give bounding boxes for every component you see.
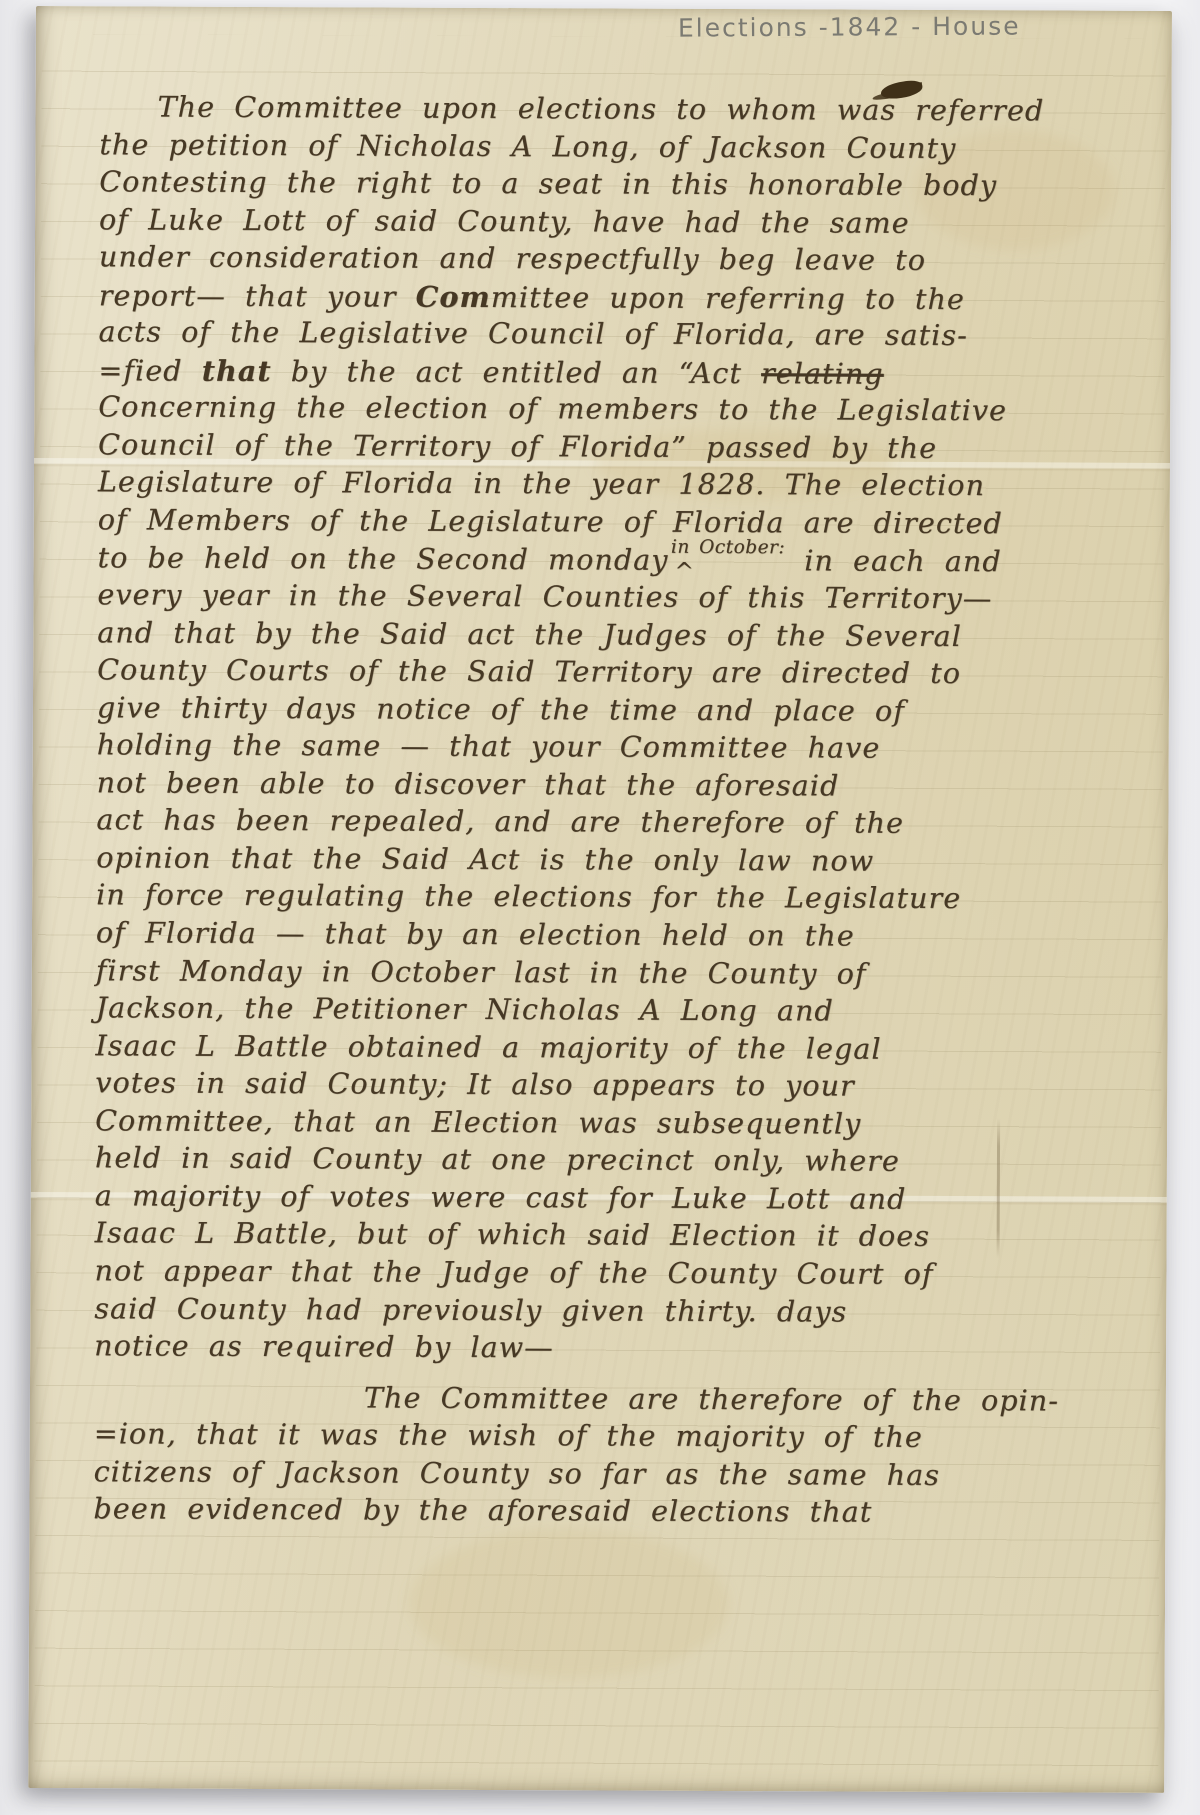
document-page: Elections -1842 - House The Committee up…	[28, 6, 1172, 1793]
manuscript-line: Concerning the election of members to th…	[98, 389, 1152, 431]
manuscript-line: votes in said County; It also appears to…	[95, 1064, 1149, 1106]
manuscript-line: Contesting the right to a seat in this h…	[99, 163, 1153, 205]
manuscript-line: under consideration and respectfully beg…	[99, 238, 1153, 280]
manuscript-segment: by the act entitled an “Act	[272, 355, 762, 390]
manuscript-line: the petition of Nicholas A Long, of Jack…	[99, 126, 1153, 168]
manuscript-line: opinion that the Said Act is the only la…	[96, 839, 1150, 881]
manuscript-line: holding the same — that your Committee h…	[97, 727, 1151, 769]
manuscript-line: every year in the Several Counties of th…	[97, 576, 1151, 618]
scanned-document: Elections -1842 - House The Committee up…	[0, 0, 1200, 1815]
manuscript-segment: =fied	[98, 354, 201, 387]
manuscript-line: held in said County at one precinct only…	[95, 1140, 1149, 1182]
manuscript-line: of Members of the Legislature of Florida…	[98, 501, 1152, 543]
scan-background: { "colors": { "background": "#f3f3f5", "…	[0, 0, 1200, 1815]
manuscript-line: Isaac L Battle, but of which said Electi…	[95, 1215, 1149, 1257]
manuscript-segment-bold: Com	[416, 279, 491, 313]
manuscript-segment: mittee upon referring to the	[491, 281, 965, 316]
manuscript-line: report— that your Committee upon referri…	[99, 276, 1153, 318]
manuscript-line: The Committee are therefore of the opin-	[94, 1378, 1148, 1420]
manuscript-line: =ion, that it was the wish of the majori…	[94, 1415, 1148, 1457]
manuscript-line: Legislature of Florida in the year 1828.…	[98, 464, 1152, 506]
manuscript-line: and that by the Said act the Judges of t…	[97, 614, 1151, 656]
paper-stain	[409, 1528, 730, 1679]
manuscript-segment-bold: that	[202, 354, 272, 388]
pencil-annotation: Elections -1842 - House	[678, 12, 1021, 43]
manuscript-segment: in each and	[785, 544, 1002, 578]
manuscript-line: notice as required by law—	[94, 1327, 1148, 1369]
manuscript-text: The Committee upon elections to whom was…	[93, 88, 1153, 1532]
manuscript-line: of Luke Lott of said County, have had th…	[99, 201, 1153, 243]
manuscript-line: first Monday in October last in the Coun…	[96, 952, 1150, 994]
manuscript-line: been evidenced by the aforesaid election…	[93, 1490, 1147, 1532]
manuscript-line: not appear that the Judge of the County …	[94, 1252, 1148, 1294]
manuscript-line: Council of the Territory of Florida” pas…	[98, 426, 1152, 468]
manuscript-line: citizens of Jackson County so far as the…	[94, 1453, 1148, 1495]
manuscript-line: to be held on the Second monday^in Octob…	[98, 539, 1152, 581]
manuscript-line: Isaac L Battle obtained a majority of th…	[95, 1027, 1149, 1069]
manuscript-line: Committee, that an Election was subseque…	[95, 1102, 1149, 1144]
manuscript-line: a majority of votes were cast for Luke L…	[95, 1177, 1149, 1219]
manuscript-segment: report— that your	[99, 279, 416, 313]
manuscript-segment-insert: in October:	[671, 528, 785, 566]
manuscript-line: in force regulating the elections for th…	[96, 877, 1150, 919]
manuscript-line: =fied that by the act entitled an “Act r…	[98, 351, 1152, 393]
manuscript-line: acts of the Legislative Council of Flori…	[98, 314, 1152, 356]
manuscript-line: The Committee upon elections to whom was…	[99, 88, 1153, 130]
manuscript-line: County Courts of the Said Territory are …	[97, 651, 1151, 693]
manuscript-line: not been able to discover that the afore…	[97, 764, 1151, 806]
manuscript-line: of Florida — that by an election held on…	[96, 914, 1150, 956]
manuscript-line: Jackson, the Petitioner Nicholas A Long …	[96, 989, 1150, 1031]
manuscript-line: said County had previously given thirty.…	[94, 1290, 1148, 1332]
manuscript-segment: to be held on the Second monday	[98, 541, 669, 576]
manuscript-line: give thirty days notice of the time and …	[97, 689, 1151, 731]
manuscript-line: act has been repealed, and are therefore…	[96, 802, 1150, 844]
manuscript-segment-strike: relating	[761, 357, 884, 391]
